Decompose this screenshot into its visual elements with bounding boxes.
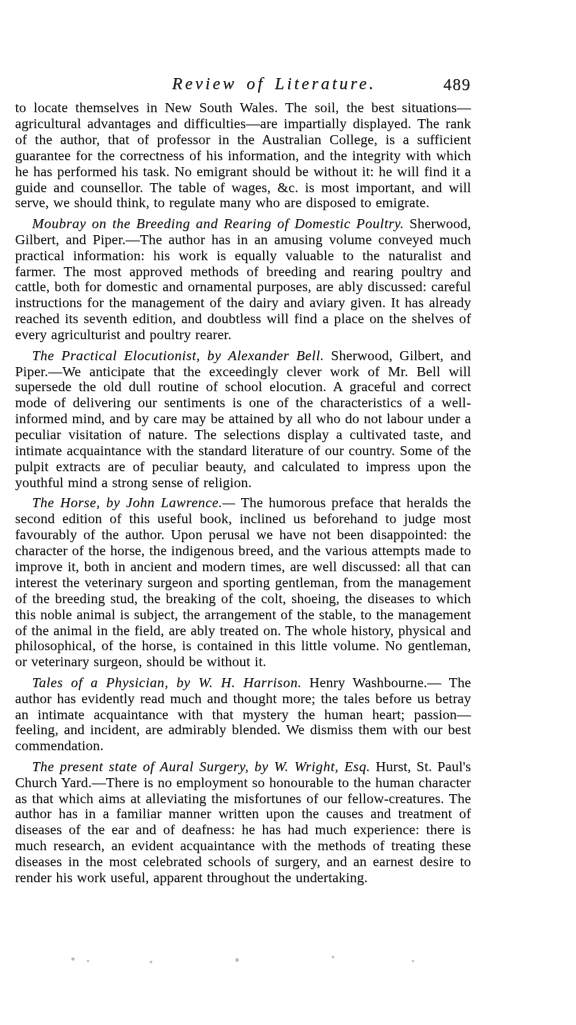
paragraph: Tales of a Physician, by W. H. Harrison.… <box>15 676 471 756</box>
paragraph: Moubray on the Breeding and Rearing of D… <box>15 217 471 344</box>
paragraph: to locate themselves in New South Wales.… <box>15 101 471 212</box>
running-head: Review of Literature. 489 <box>15 74 471 98</box>
book-title-italic: Moubray on the Breeding and Rearing of D… <box>32 216 404 232</box>
book-title-italic: Tales of a Physician, by W. H. Harrison. <box>32 675 302 691</box>
page-number: 489 <box>443 75 471 95</box>
book-title-italic: The present state of Aural Surgery, by W… <box>32 759 370 775</box>
page-title: Review of Literature. <box>15 74 471 94</box>
document-page: Review of Literature. 489 to locate them… <box>0 0 576 1025</box>
page-body: to locate themselves in New South Wales.… <box>15 101 471 887</box>
review-text: to locate themselves in New South Wales.… <box>15 100 471 211</box>
paragraph: The present state of Aural Surgery, by W… <box>15 760 471 887</box>
review-text: Hurst, St. Paul's Church Yard.—There is … <box>15 759 471 886</box>
book-title-italic: The Horse, by John Lawrence.— <box>32 495 235 511</box>
paragraph: The Horse, by John Lawrence.— The humoro… <box>15 496 471 671</box>
review-text: Sherwood, Gilbert, and Piper.—The author… <box>15 216 471 343</box>
scan-speckles <box>0 957 2 959</box>
review-text: Sherwood, Gilbert, and Piper.—We anticip… <box>15 348 471 491</box>
book-title-italic: The Practical Elocutionist, by Alexander… <box>32 348 324 364</box>
paragraph: The Practical Elocutionist, by Alexander… <box>15 349 471 492</box>
review-text: The humorous preface that heralds the se… <box>15 495 471 670</box>
